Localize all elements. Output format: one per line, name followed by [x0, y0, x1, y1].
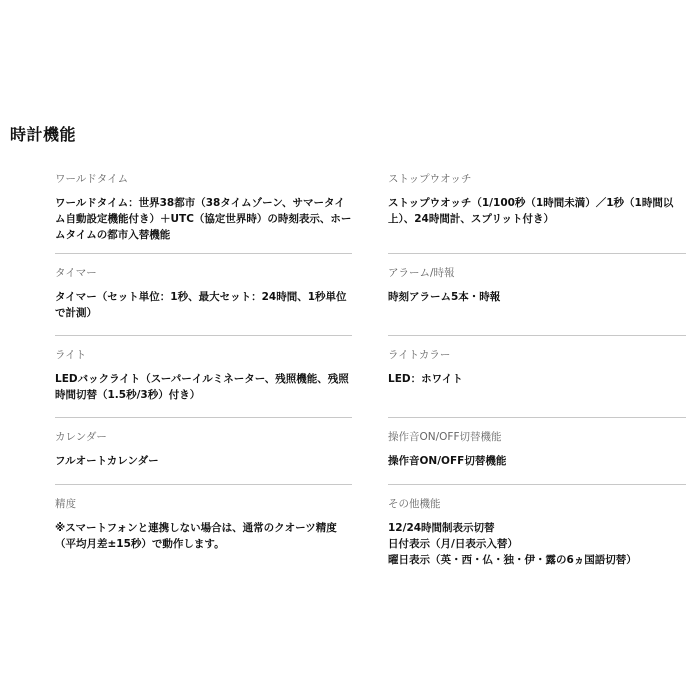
spec-item-sound-toggle: 操作音ON/OFF切替機能 操作音ON/OFF切替機能 [388, 418, 686, 485]
spec-value: フルオートカレンダー [55, 453, 352, 469]
spec-value: タイマー（セット単位：1秒、最大セット：24時間、1秒単位で計測） [55, 289, 352, 321]
spec-item-alarm: アラーム/時報 時刻アラーム5本・時報 [388, 254, 686, 336]
spec-item-stopwatch: ストップウオッチ ストップウオッチ（1/100秒（1時間未満）／1秒（1時間以上… [388, 160, 686, 254]
spec-value: LEDバックライト（スーパーイルミネーター、残照機能、残照時間切替（1.5秒/3… [55, 371, 352, 403]
spec-label: ライトカラー [388, 348, 686, 362]
spec-value: ストップウオッチ（1/100秒（1時間未満）／1秒（1時間以上）、24時間計、ス… [388, 195, 686, 227]
spec-item-other: その他機能 12/24時間制表示切替 日付表示（月/日表示入替） 曜日表示（英・… [388, 485, 686, 568]
spec-value: 操作音ON/OFF切替機能 [388, 453, 686, 469]
spec-label: ライト [55, 348, 352, 362]
spec-item-calendar: カレンダー フルオートカレンダー [55, 418, 352, 485]
spec-column-left: ワールドタイム ワールドタイム：世界38都市（38タイムゾーン、サマータイム自動… [55, 160, 352, 552]
spec-item-accuracy: 精度 ※スマートフォンと連携しない場合は、通常のクオーツ精度（平均月差±15秒）… [55, 485, 352, 552]
section-title: 時計機能 [10, 122, 76, 145]
spec-column-right: ストップウオッチ ストップウオッチ（1/100秒（1時間未満）／1秒（1時間以上… [388, 160, 686, 568]
spec-label: タイマー [55, 266, 352, 280]
spec-value: ※スマートフォンと連携しない場合は、通常のクオーツ精度（平均月差±15秒）で動作… [55, 520, 352, 552]
spec-label: カレンダー [55, 430, 352, 444]
spec-label: ストップウオッチ [388, 172, 686, 186]
spec-label: ワールドタイム [55, 172, 352, 186]
spec-value: ワールドタイム：世界38都市（38タイムゾーン、サマータイム自動設定機能付き）＋… [55, 195, 352, 243]
spec-value: 12/24時間制表示切替 日付表示（月/日表示入替） 曜日表示（英・西・仏・独・… [388, 520, 686, 568]
spec-label: その他機能 [388, 497, 686, 511]
spec-item-timer: タイマー タイマー（セット単位：1秒、最大セット：24時間、1秒単位で計測） [55, 254, 352, 336]
spec-item-light-color: ライトカラー LED：ホワイト [388, 336, 686, 418]
spec-label: アラーム/時報 [388, 266, 686, 280]
spec-value: LED：ホワイト [388, 371, 686, 387]
spec-item-light: ライト LEDバックライト（スーパーイルミネーター、残照機能、残照時間切替（1.… [55, 336, 352, 418]
spec-item-world-time: ワールドタイム ワールドタイム：世界38都市（38タイムゾーン、サマータイム自動… [55, 160, 352, 254]
spec-value: 時刻アラーム5本・時報 [388, 289, 686, 305]
spec-label: 操作音ON/OFF切替機能 [388, 430, 686, 444]
spec-label: 精度 [55, 497, 352, 511]
